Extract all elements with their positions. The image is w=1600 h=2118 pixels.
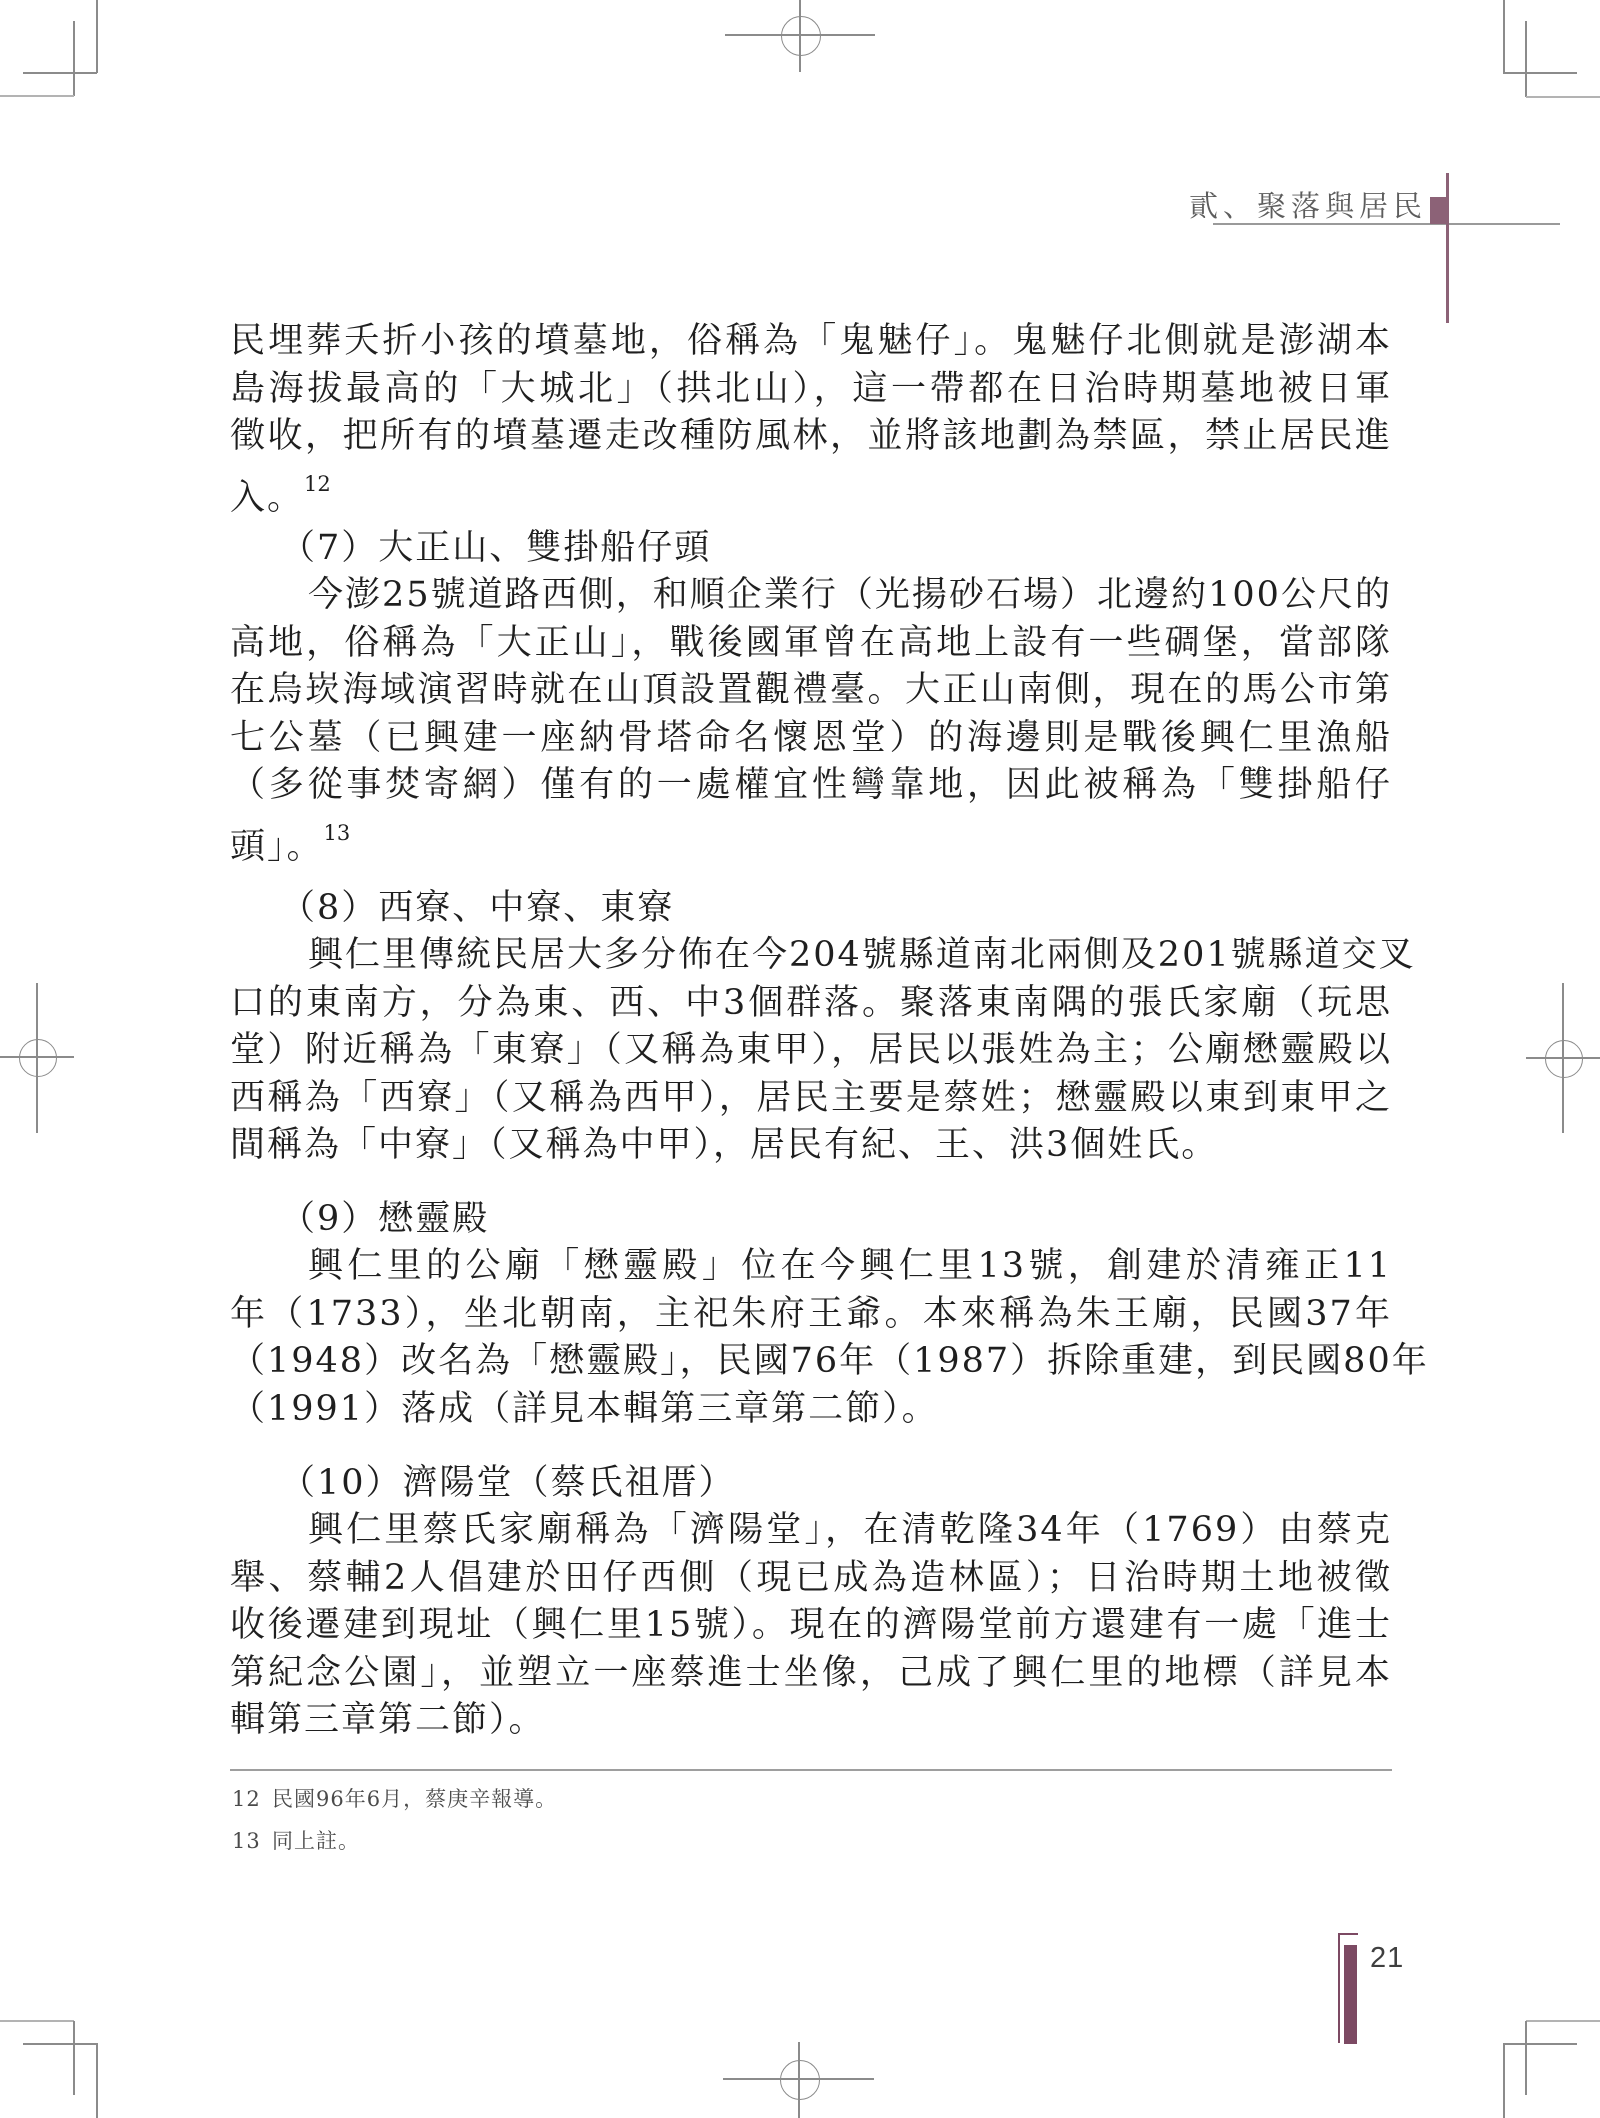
body-line: （1948）改名為「懋靈殿」，民國76年（1987）拆除重建，到民國80年 [230,1338,1392,1386]
book-page: 貳、聚落與居民 民埋葬夭折小孩的墳墓地，俗稱為「鬼魅仔」。鬼魅仔北側就是澎湖本 … [0,0,1600,2118]
body-line: 徵收，把所有的墳墓遷走改種防風林，並將該地劃為禁區，禁止居民進 [230,413,1392,461]
footer-accent-thin-line-top [1338,1933,1358,1935]
footnote-number: 13 [232,1824,272,1858]
body-line: 西稱為「西寮」（又稱為西甲），居民主要是蔡姓；懋靈殿以東到東甲之 [230,1075,1392,1123]
body-line: 島海拔最高的「大城北」（拱北山），這一帶都在日治時期墓地被日軍 [230,366,1392,414]
body-line: 口的東南方，分為東、西、中3個群落。聚落東南隅的張氏家廟（玩思 [230,980,1392,1028]
header-rule [1213,223,1560,225]
trim-mark-line [0,2020,74,2022]
trim-mark-line [73,21,75,96]
body-line: 高地，俗稱為「大正山」，戰後國軍曾在高地上設有一些碉堡，當部隊 [230,620,1392,668]
body-line: （多從事焚寄網）僅有的一處權宜性彎靠地，因此被稱為「雙掛船仔 [230,762,1392,810]
body-line: 七公墓（已興建一座納骨塔命名懷恩堂）的海邊則是戰後興仁里漁船 [230,715,1392,763]
trim-mark-line [1503,2043,1505,2118]
body-line: 民埋葬夭折小孩的墳墓地，俗稱為「鬼魅仔」。鬼魅仔北側就是澎湖本 [230,318,1392,366]
trim-mark-line [96,0,98,73]
body-line: 堂）附近稱為「東寮」（又稱為東甲），居民以張姓為主；公廟懋靈殿以 [230,1027,1392,1075]
trim-mark-line [1503,0,1505,73]
body-line: 頭」。13 [230,810,1392,858]
body-line: 收後遷建到現址（興仁里15號）。現在的濟陽堂前方還建有一處「進士 [230,1602,1392,1650]
body-line: 興仁里蔡氏家廟稱為「濟陽堂」，在清乾隆34年（1769）由蔡克 [230,1507,1392,1555]
footnote-ref: 12 [304,472,331,496]
header-accent-square [1430,197,1447,224]
footer-accent-bar [1344,1945,1357,2044]
body-line: 間稱為「中寮」（又稱為中甲），居民有紀、王、洪3個姓氏。 [230,1122,1392,1170]
page-number: 21 [1370,1941,1430,1975]
trim-mark-line [1503,2043,1577,2045]
footnote-text: 民國96年6月，蔡庚辛報導。 [272,1787,557,1811]
section-heading: （8）西寮、中寮、東寮 [230,885,1392,933]
footnote-separator [230,1769,1392,1771]
paragraph: 興仁里傳統民居大多分佈在今204號縣道南北兩側及201號縣道交叉 口的東南方，分… [230,932,1392,1170]
body-line: 輯第三章第二節）。 [230,1697,1392,1745]
chapter-header-title: 貳、聚落與居民 [1150,188,1427,224]
body-line: 興仁里的公廟「懋靈殿」位在今興仁里13號，創建於清雍正11 [230,1243,1392,1291]
section-heading: （10）濟陽堂（蔡氏祖厝） [230,1460,1392,1508]
trim-mark-line [1503,72,1577,74]
footnote: 13同上註。 [232,1824,1332,1858]
trim-mark-line [23,2043,97,2045]
section-heading: （7）大正山、雙掛船仔頭 [230,525,1392,573]
trim-mark-line [23,72,97,74]
trim-mark-line [96,2043,98,2118]
trim-mark-line [1525,21,1527,97]
registration-mark-circle [19,1039,57,1077]
registration-mark-circle [781,16,821,56]
footnote: 12民國96年6月，蔡庚辛報導。 [232,1782,1332,1816]
paragraph: 興仁里蔡氏家廟稱為「濟陽堂」，在清乾隆34年（1769）由蔡克 舉、蔡輔2人倡建… [230,1507,1392,1745]
footnote-text: 同上註。 [272,1829,360,1853]
footnote-number: 12 [232,1782,272,1816]
body-line: 舉、蔡輔2人倡建於田仔西側（現已成為造林區）；日治時期土地被徵 [230,1555,1392,1603]
body-line-text: 入。 [230,478,304,518]
trim-mark-line [1525,2021,1527,2095]
body-line: （1991）落成（詳見本輯第三章第二節）。 [230,1386,1392,1434]
body-line: 入。12 [230,461,1392,509]
trim-mark-line [0,95,74,97]
header-accent-line [1446,173,1449,323]
footnote-ref: 13 [324,821,351,845]
paragraph: 民埋葬夭折小孩的墳墓地，俗稱為「鬼魅仔」。鬼魅仔北側就是澎湖本 島海拔最高的「大… [230,318,1392,508]
trim-mark-line [73,2021,75,2095]
body-line: 在烏崁海域演習時就在山頂設置觀禮臺。大正山南側，現在的馬公市第 [230,667,1392,715]
trim-mark-line [1526,96,1600,98]
body-line: 今澎25號道路西側，和順企業行（光揚砂石場）北邊約100公尺的 [230,572,1392,620]
body-line: 第紀念公園」，並塑立一座蔡進士坐像，己成了興仁里的地標（詳見本 [230,1650,1392,1698]
body-line-text: 頭」。 [230,827,324,867]
registration-mark-circle [780,2060,820,2100]
body-line: 年（1733），坐北朝南，主祀朱府王爺。本來稱為朱王廟，民國37年 [230,1291,1392,1339]
registration-mark-circle [1545,1040,1583,1078]
footer-accent-thin-line [1338,1933,1340,2043]
paragraph: 興仁里的公廟「懋靈殿」位在今興仁里13號，創建於清雍正11 年（1733），坐北… [230,1243,1392,1433]
paragraph: 今澎25號道路西側，和順企業行（光揚砂石場）北邊約100公尺的 高地，俗稱為「大… [230,572,1392,857]
section-heading: （9）懋靈殿 [230,1196,1392,1244]
trim-mark-line [1526,2020,1600,2022]
body-line: 興仁里傳統民居大多分佈在今204號縣道南北兩側及201號縣道交叉 [230,932,1392,980]
